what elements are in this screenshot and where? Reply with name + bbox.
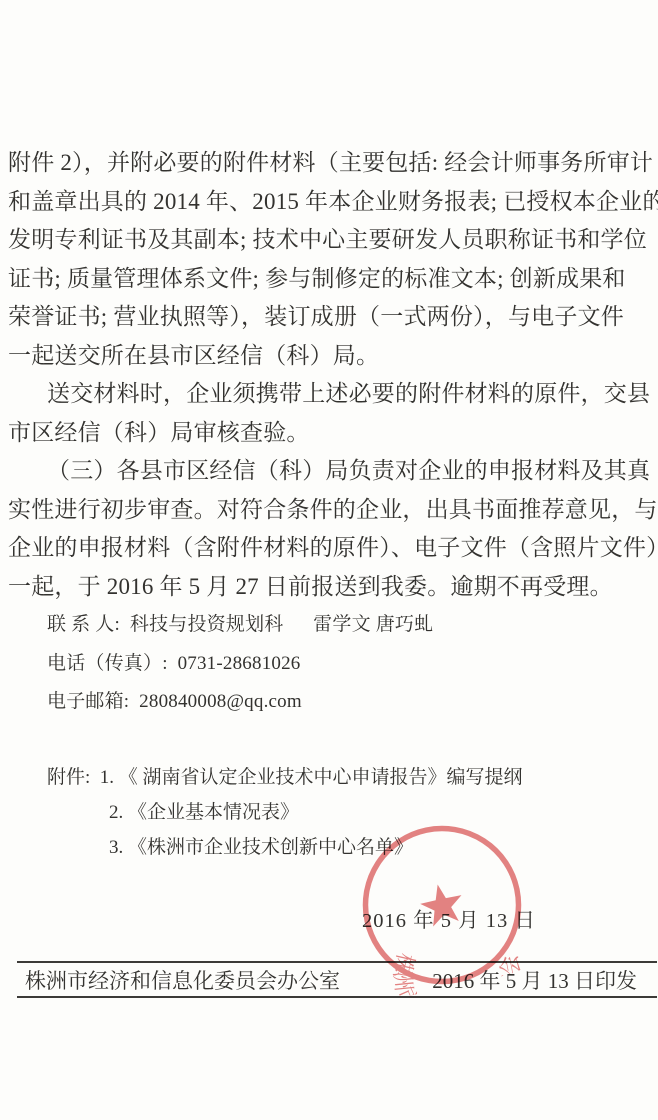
body-line: 一起，于 2016 年 5 月 27 日前报送到我委。逾期不再受理。: [8, 568, 652, 607]
body-line: （三）各县市区经信（科）局负责对企业的申报材料及其真: [8, 452, 652, 491]
body-line: 附件 2），并附必要的附件材料（主要包括: 经会计师事务所审计: [8, 144, 652, 183]
body-line: 企业的申报材料（含附件材料的原件）、电子文件（含照片文件）: [8, 529, 652, 568]
body-line: 电子邮箱: 280840008@qq.com: [8, 683, 652, 722]
attachment-item: 3. 《株洲市企业技术创新中心名单》: [109, 830, 523, 865]
document-footer: 株洲市经济和信息化委员会办公室 2016 年 5 月 13 日印发: [17, 961, 657, 998]
body-line: 电话（传真）: 0731-28681026: [8, 645, 652, 684]
body-line: 发明专利证书及其副本; 技术中心主要研发人员职称证书和学位: [8, 221, 652, 260]
body-line: 荣誉证书; 营业执照等），装订成册（一式两份），与电子文件: [8, 298, 652, 337]
signature-date: 2016 年 5 月 13 日: [362, 903, 536, 933]
body-line: 实性进行初步审查。对符合条件的企业，出具书面推荐意见，与: [8, 491, 652, 530]
body-line: 一起送交所在县市区经信（科）局。: [8, 337, 652, 376]
document-body: 附件 2），并附必要的附件材料（主要包括: 经会计师事务所审计和盖章出具的 20…: [8, 144, 652, 722]
document-page: 附件 2），并附必要的附件材料（主要包括: 经会计师事务所审计和盖章出具的 20…: [0, 0, 658, 1120]
body-line: 送交材料时，企业须携带上述必要的附件材料的原件，交县: [8, 375, 652, 414]
attachments-list: 附件: 1. 《 湖南省认定企业技术中心申请报告》编写提纲2. 《企业基本情况表…: [47, 760, 523, 865]
footer-issuing-office: 株洲市经济和信息化委员会办公室: [25, 965, 340, 995]
body-line: 和盖章出具的 2014 年、2015 年本企业财务报表; 已授权本企业的: [8, 183, 652, 222]
attachment-item: 2. 《企业基本情况表》: [109, 795, 523, 830]
footer-print-date: 2016 年 5 月 13 日印发: [432, 965, 637, 995]
body-line: 市区经信（科）局审核查验。: [8, 414, 652, 453]
attachment-item: 附件: 1. 《 湖南省认定企业技术中心申请报告》编写提纲: [47, 760, 523, 795]
body-line: 证书; 质量管理体系文件; 参与制修定的标准文本; 创新成果和: [8, 260, 652, 299]
body-line: 联 系 人: 科技与投资规划科 雷学文 唐巧虬: [8, 606, 652, 645]
